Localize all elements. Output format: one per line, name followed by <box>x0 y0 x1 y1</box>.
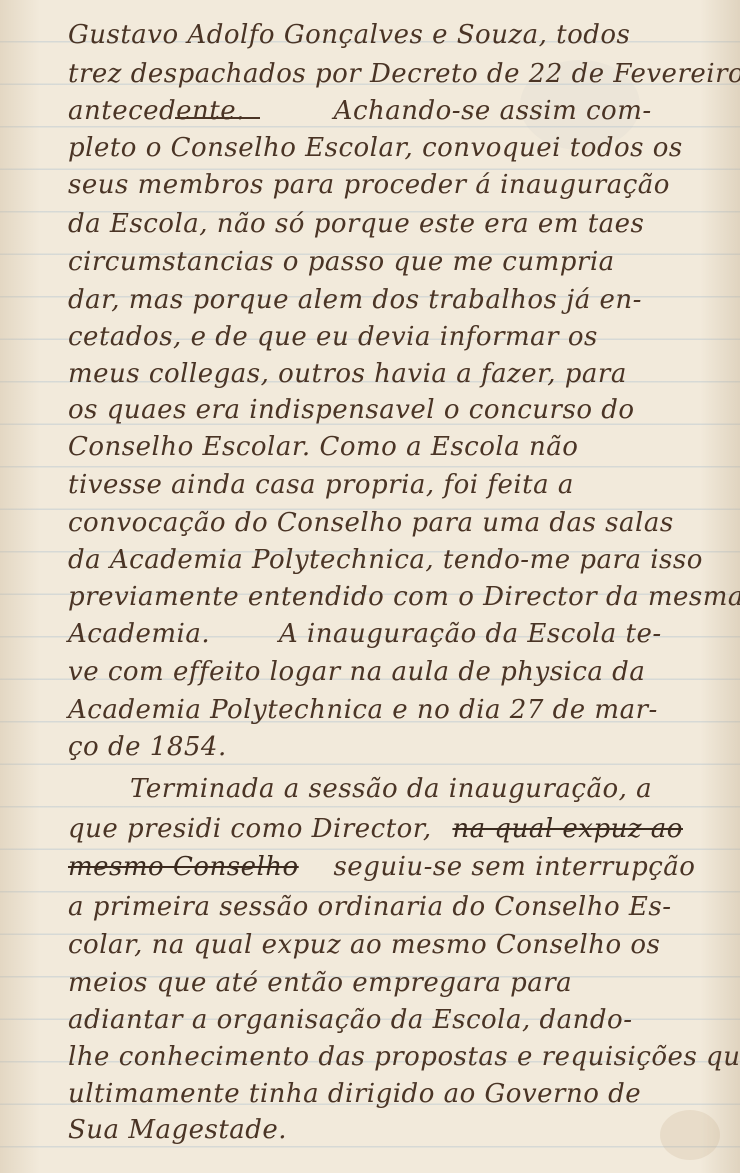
manuscript-line: antecedente. Achando-se assim com- <box>68 94 652 128</box>
manuscript-line: a primeira sessão ordinaria do Conselho … <box>68 890 672 924</box>
manuscript-line: cetados, e de que eu devia informar os <box>68 320 598 354</box>
manuscript-line: ultimamente tinha dirigido ao Governo de <box>68 1077 641 1111</box>
manuscript-page: Gustavo Adolfo Gonçalves e Souza, todos … <box>0 0 740 1173</box>
manuscript-line: convocação do Conselho para uma das sala… <box>68 506 674 540</box>
manuscript-line: ve com effeito logar na aula de physica … <box>68 655 645 689</box>
manuscript-line: da Academia Polytechnica, tendo-me para … <box>68 543 703 577</box>
manuscript-line: previamente entendido com o Director da … <box>68 580 740 614</box>
manuscript-line: mesmo Conselho seguiu-se sem interrupção <box>68 850 695 884</box>
manuscript-line: Academia Polytechnica e no dia 27 de mar… <box>68 693 658 727</box>
manuscript-line: tivesse ainda casa propria, foi feita a <box>68 468 574 502</box>
manuscript-line: dar, mas porque alem dos trabalhos já en… <box>68 283 642 317</box>
struck-text: na qual expuz ao <box>452 814 683 844</box>
manuscript-line: Gustavo Adolfo Gonçalves e Souza, todos <box>68 18 630 52</box>
end-flourish <box>175 117 260 119</box>
line-segment: A inauguração da Escola te- <box>279 619 662 649</box>
struck-text: mesmo Conselho <box>68 852 299 882</box>
manuscript-line: Conselho Escolar. Como a Escola não <box>68 430 578 464</box>
line-segment: Academia. <box>68 619 210 649</box>
manuscript-line: Academia. A inauguração da Escola te- <box>68 617 662 651</box>
manuscript-line: trez despachados por Decreto de 22 de Fe… <box>68 57 740 91</box>
line-segment: seguiu-se sem interrupção <box>333 852 695 882</box>
line-segment: que presidi como Director, <box>68 814 432 844</box>
manuscript-line: da Escola, não só porque este era em tae… <box>68 207 644 241</box>
manuscript-line: circumstancias o passo que me cumpria <box>68 245 615 279</box>
manuscript-line: meios que até então empregara para <box>68 966 572 1000</box>
manuscript-line: Sua Magestade. <box>68 1113 287 1147</box>
manuscript-line: pleto o Conselho Escolar, convoquei todo… <box>68 131 683 165</box>
manuscript-line: seus membros para proceder á inauguração <box>68 168 670 202</box>
manuscript-line: adiantar a organisação da Escola, dando- <box>68 1003 633 1037</box>
manuscript-line: lhe conhecimento das propostas e requisi… <box>68 1040 740 1074</box>
manuscript-line: colar, na qual expuz ao mesmo Conselho o… <box>68 928 660 962</box>
manuscript-line: que presidi como Director, na qual expuz… <box>68 812 683 846</box>
manuscript-line: os quaes era indispensavel o concurso do <box>68 393 635 427</box>
manuscript-line: ço de 1854. <box>68 730 227 764</box>
line-segment: Achando-se assim com- <box>334 96 652 126</box>
line-segment: antecedente. <box>68 96 245 126</box>
manuscript-line: Terminada a sessão da inauguração, a <box>130 772 652 806</box>
paper-stain <box>660 1110 720 1160</box>
manuscript-line: meus collegas, outros havia a fazer, par… <box>68 357 627 391</box>
